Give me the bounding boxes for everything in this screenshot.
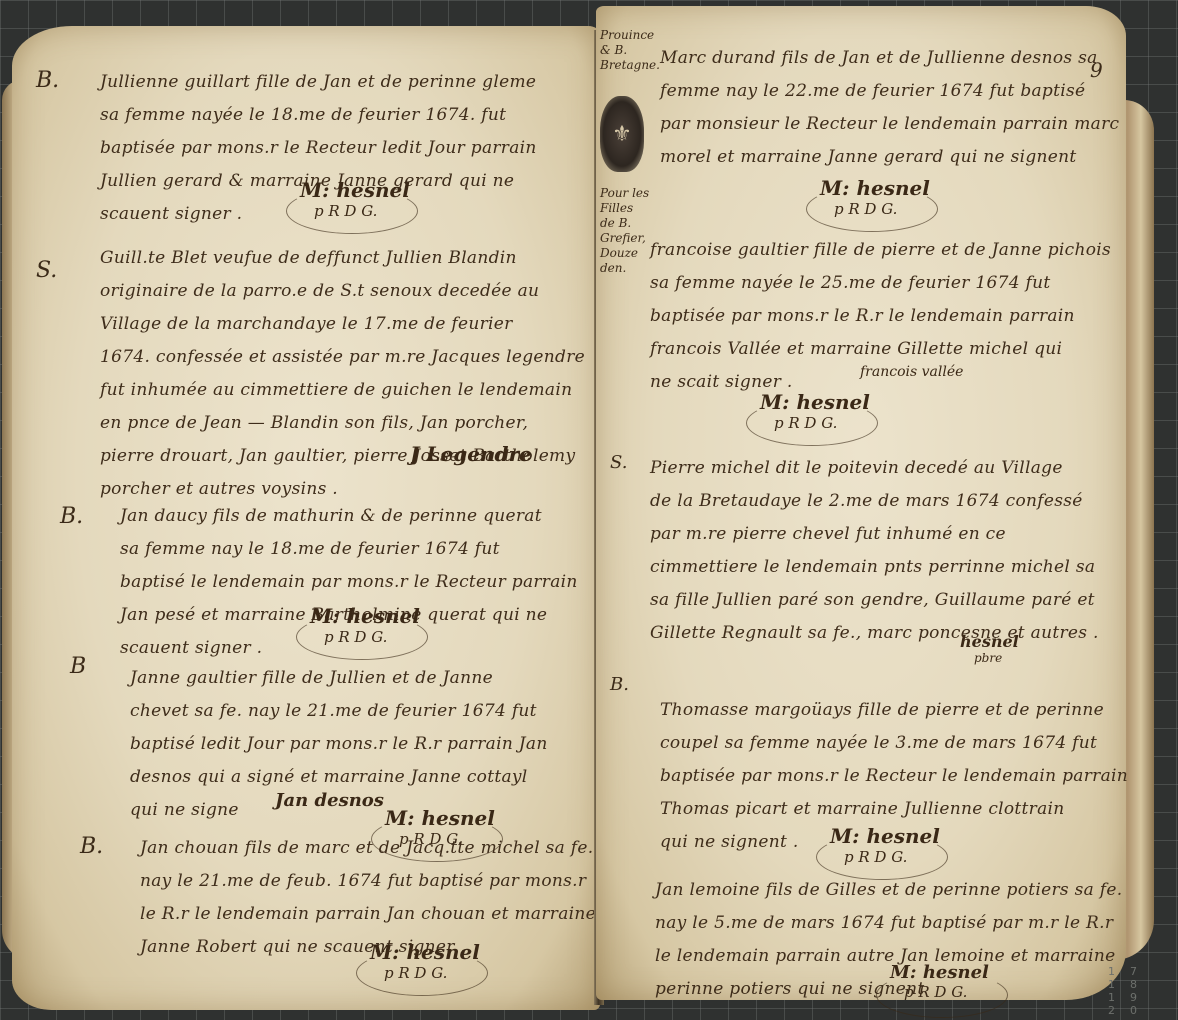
signature-flourish [296,614,428,660]
entry-type-marker: B [70,654,86,679]
witness-signature-name: francois vallée [860,364,963,380]
entry-line: Janne gaultier fille de Jullien et de Ja… [130,662,548,695]
entry-line: sa fille Jullien paré son gendre, Guilla… [650,584,1099,617]
ruler-tick: 20 [1108,1004,1152,1017]
ruler-tick: 17 [1108,965,1152,978]
entry-line: Gillette Regnault sa fe., marc poncesne … [650,617,1099,650]
open-register-book: B. Jullienne guillart fille de Jan et de… [0,0,1178,1020]
measurement-ruler: 17 18 19 20 [1108,965,1178,1017]
entry-line: de la Bretaudaye le 2.me de mars 1674 co… [650,485,1099,518]
signature-block: J Legendre [410,442,532,466]
entry-type-marker: B. [36,68,59,93]
margin-note-fee: Pour les Filles de B. Grefier, Douze den… [600,186,650,276]
entry-line: fut inhumée au cimmettiere de guichen le… [100,374,585,407]
entry-line: sa femme nayée le 25.me de feurier 1674 … [650,267,1111,300]
entry-line: cimmettiere le lendemain pnts perrinne m… [650,551,1099,584]
entry-line: le R.r le lendemain parrain Jan chouan e… [140,898,596,931]
signature-flourish [746,400,878,446]
entry-line: Thomasse margoüays fille de pierre et de… [660,694,1128,727]
signature-flourish [806,186,938,232]
entry-line: en pnce de Jean — Blandin son fils, Jan … [100,407,585,440]
witness-signature: Jan desnos [275,790,384,811]
entry-type-marker: B. [60,504,83,529]
entry-line: Guill.te Blet veufue de deffunct Jullien… [100,242,585,275]
fleur-de-lis-stamp-icon: ⚜ [600,96,644,172]
entry-line: baptisé ledit Jour par mons.r le R.r par… [130,728,548,761]
signature-block: M: hesnel p R D G. [310,604,420,646]
entry-line: francois Vallée et marraine Gillette mic… [650,333,1111,366]
entry-line: 1674. confessée et assistée par m.re Jac… [100,341,585,374]
entry-line: sa femme nayée le 18.me de feurier 1674.… [100,99,537,132]
entry-type-marker: S. [610,452,627,473]
entry-line: par m.re pierre chevel fut inhumé en ce [650,518,1099,551]
signature-block: M: hesnel p R D G. [300,178,410,220]
entry-line: Jan lemoine fils de Gilles et de perinne… [655,874,1122,907]
entry-type-marker: S. [36,258,57,283]
entry-line: Jan daucy fils de mathurin & de perinne … [120,500,578,533]
right-entry-1: Marc durand fils de Jan et de Jullienne … [660,42,1119,174]
entry-line: Marc durand fils de Jan et de Jullienne … [660,42,1119,75]
entry-line: originaire de la parro.e de S.t senoux d… [100,275,585,308]
entry-line: sa femme nay le 18.me de feurier 1674 fu… [120,533,578,566]
entry-line: Pierre michel dit le poitevin decedé au … [650,452,1099,485]
entry-line: Thomas picart et marraine Jullienne clot… [660,793,1128,826]
entry-line: coupel sa femme nayée le 3.me de mars 16… [660,727,1128,760]
entry-line: nay le 21.me de feub. 1674 fut baptisé p… [140,865,596,898]
margin-note-province: Prouince & B. Bretagne. [600,28,660,73]
entry-line: nay le 5.me de mars 1674 fut baptisé par… [655,907,1122,940]
entry-line: chevet sa fe. nay le 21.me de feurier 16… [130,695,548,728]
signature-block: hesnel pbre [960,632,1019,665]
signature-title: pbre [960,651,1019,665]
witness-signature: francois vallée [860,364,963,380]
ruler-tick: 18 [1108,978,1152,991]
witness-signature-name: Jan desnos [275,790,384,811]
entry-line: baptisée par mons.r le Recteur ledit Jou… [100,132,537,165]
entry-line: Jan chouan fils de marc et de Jacq.tte m… [140,832,596,865]
entry-type-marker: B. [610,674,629,695]
entry-line: francoise gaultier fille de pierre et de… [650,234,1111,267]
signature-flourish [286,188,418,234]
entry-line: baptisé le lendemain par mons.r le Recte… [120,566,578,599]
entry-line: morel et marraine Janne gerard qui ne si… [660,141,1119,174]
entry-type-marker: B. [80,834,103,859]
entry-line: par monsieur le Recteur le lendemain par… [660,108,1119,141]
signature-block: M: hesnel p R D G. [370,940,480,982]
entry-line: baptisée par mons.r le R.r le lendemain … [650,300,1111,333]
entry-line: le lendemain parrain autre Jan lemoine e… [655,940,1122,973]
entry-line: femme nay le 22.me de feurier 1674 fut b… [660,75,1119,108]
signature-name: J Legendre [410,442,532,466]
ruler-tick: 19 [1108,991,1152,1004]
signature-block: M: hesnel p R D G. [890,962,989,1001]
signature-flourish [356,950,488,996]
signature-name: hesnel [960,632,1019,651]
signature-flourish [876,972,1008,1018]
entry-line: baptisée par mons.r le Recteur le lendem… [660,760,1128,793]
signature-block: M: hesnel p R D G. [760,390,870,432]
signature-block: M: hesnel p R D G. [820,176,930,218]
entry-line: Village de la marchandaye le 17.me de fe… [100,308,585,341]
entry-line: Jullienne guillart fille de Jan et de pe… [100,66,537,99]
signature-block: M: hesnel p R D G. [830,824,940,866]
